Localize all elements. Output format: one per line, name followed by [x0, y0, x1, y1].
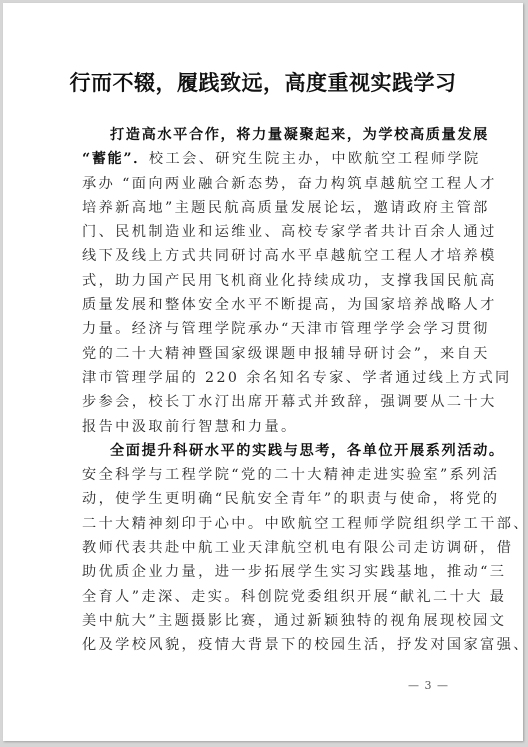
bold-term: “蓄能”．	[82, 151, 149, 167]
text-line: 培养新高地”主题民航高质量发展论坛，邀请政府主管部	[82, 196, 458, 220]
text-line: 质量发展和整体安全水平不断提高，为国家培养战略人才	[82, 293, 458, 317]
text-line: 门、民机制造业和运维业、高校专家学者共计百余人通过	[82, 220, 458, 244]
text-line: 式，助力国产民用飞机商业化持续成功，支撑我国民航高	[82, 269, 458, 293]
text-line: 承办 “面向两业融合新态势，奋力构筑卓越航空工程人才	[82, 172, 458, 196]
document-title: 行而不辍，履践致远，高度重视实践学习	[3, 67, 523, 97]
paragraph-heading: 全面提升科研水平的实践与思考，各单位开展系列活动。	[82, 439, 458, 463]
page-number: — 3 —	[408, 679, 449, 692]
text-line: 化及学校风貌，疫情大背景下的校园生活，抒发对国家富强、	[82, 633, 458, 657]
text-line: 动，使学生更明确“民航安全青年”的职责与使命，将党的	[82, 487, 458, 511]
text-line: 党的二十大精神暨国家级课题申报辅导研讨会”，来自天	[82, 342, 458, 366]
paragraph-heading: 打造高水平合作，将力量凝聚起来，为学校高质量发展	[82, 123, 458, 147]
text-line: 线下及线上方式共同研讨高水平卓越航空工程人才培养模	[82, 244, 458, 268]
document-body: 打造高水平合作，将力量凝聚起来，为学校高质量发展 “蓄能”．校工会、研究生院主办…	[82, 123, 458, 658]
text-line: “蓄能”．校工会、研究生院主办，中欧航空工程师学院	[82, 147, 458, 171]
text-line: 力量。经济与管理学院承办“天津市管理学学会学习贯彻	[82, 317, 458, 341]
document-page: 行而不辍，履践致远，高度重视实践学习 打造高水平合作，将力量凝聚起来，为学校高质…	[3, 3, 523, 741]
text-line: 二十大精神刻印于心中。中欧航空工程师学院组织学工干部、	[82, 512, 458, 536]
text-line: 津市管理学届的 220 余名知名专家、学者通过线上方式同	[82, 366, 458, 390]
text-line: 美中航大”主题摄影比赛，通过新颖独特的视角展现校园文	[82, 609, 458, 633]
text-line: 助优质企业力量，进一步拓展学生实习实践基地，推动“三	[82, 560, 458, 584]
text-line: 报告中汲取前行智慧和力量。	[82, 415, 458, 439]
text-line: 步参会，校长丁水汀出席开幕式并致辞，强调要从二十大	[82, 390, 458, 414]
text-line: 安全科学与工程学院“党的二十大精神走进实验室”系列活	[82, 463, 458, 487]
text-line: 教师代表共赴中航工业天津航空机电有限公司走访调研，借	[82, 536, 458, 560]
text-line: 全育人”走深、走实。科创院党委组织开展“献礼二十大 最	[82, 585, 458, 609]
